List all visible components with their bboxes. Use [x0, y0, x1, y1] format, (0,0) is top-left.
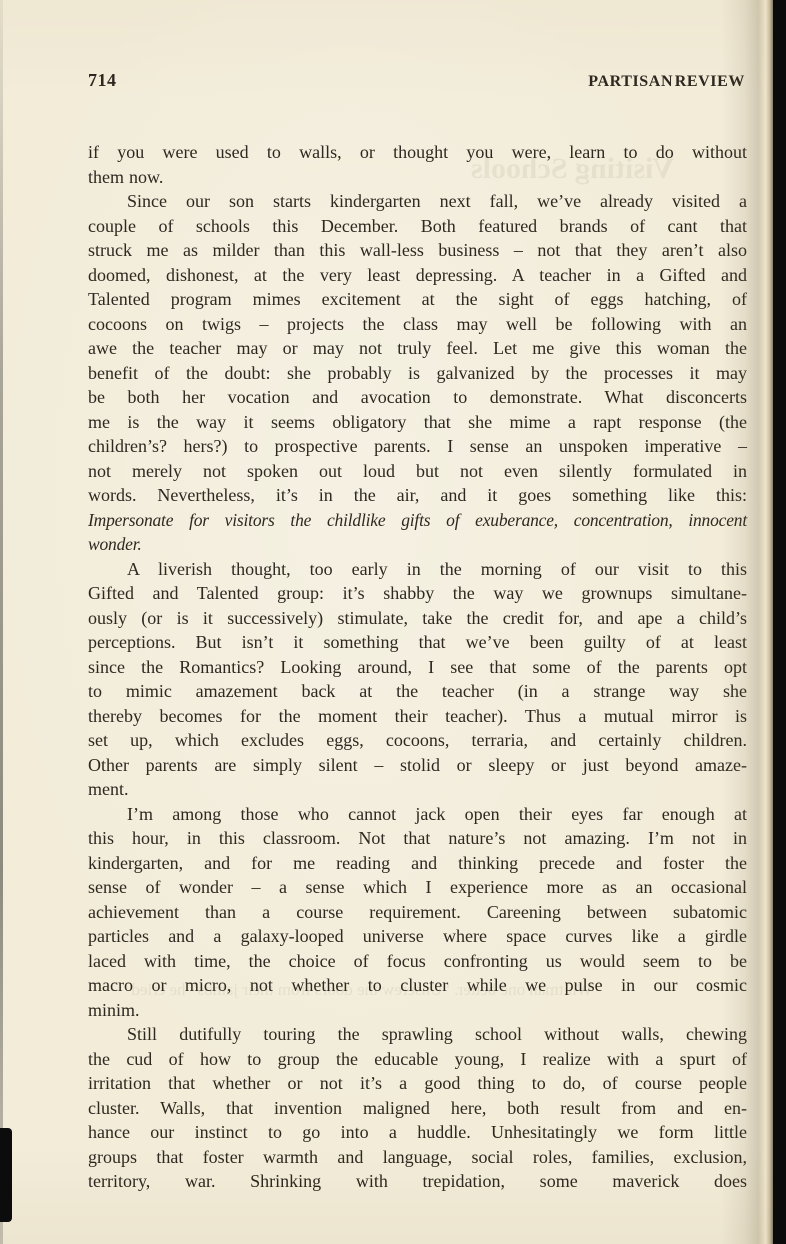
- text-line: kindergarten, and for me reading and thi…: [88, 851, 747, 876]
- text-line: if you were used to walls, or thought yo…: [88, 140, 747, 165]
- text-line: macro or micro, not whether to cluster w…: [88, 973, 747, 998]
- text-line: struck me as milder than this wall-less …: [88, 238, 747, 263]
- scan-edge-corner-patch: [0, 1128, 12, 1222]
- text-line: ously (or is it successively) stimulate,…: [88, 606, 747, 631]
- text-line: Since our son starts kindergarten next f…: [88, 189, 747, 214]
- text-line: I’m among those who cannot jack open the…: [88, 802, 747, 827]
- text-line: minim.: [88, 998, 747, 1023]
- text-line: doomed, dishonest, at the very least dep…: [88, 263, 747, 288]
- text-line: particles and a galaxy-looped universe w…: [88, 924, 747, 949]
- text-line: since the Romantics? Looking around, I s…: [88, 655, 747, 680]
- text-line: wonder.: [88, 532, 747, 557]
- text-line: children’s? hers?) to prospective parent…: [88, 434, 747, 459]
- text-line: thereby becomes for the moment their tea…: [88, 704, 747, 729]
- text-line: words. Nevertheless, it’s in the air, an…: [88, 483, 747, 508]
- text-line: groups that foster warmth and language, …: [88, 1145, 747, 1170]
- text-line: awe the teacher may or may not truly fee…: [88, 336, 747, 361]
- text-line: Talented program mimes excitement at the…: [88, 287, 747, 312]
- text-line: cluster. Walls, that invention maligned …: [88, 1096, 747, 1121]
- text-line: to mimic amazement back at the teacher (…: [88, 679, 747, 704]
- text-line: Still dutifully touring the sprawling sc…: [88, 1022, 747, 1047]
- text-line: A liverish thought, too early in the mor…: [88, 557, 747, 582]
- text-line: laced with time, the choice of focus con…: [88, 949, 747, 974]
- scan-edge-right: [773, 0, 786, 1244]
- text-line: Other parents are simply silent – stolid…: [88, 753, 747, 778]
- text-line: irritation that whether or not it’s a go…: [88, 1071, 747, 1096]
- page-header: 714 PARTISAN REVIEW: [88, 70, 745, 91]
- text-line: me is the way it seems obligatory that s…: [88, 410, 747, 435]
- text-line: couple of schools this December. Both fe…: [88, 214, 747, 239]
- page-body: if you were used to walls, or thought yo…: [88, 140, 747, 1194]
- page-number: 714: [88, 70, 117, 91]
- text-line: this hour, in this classroom. Not that n…: [88, 826, 747, 851]
- text-line: be both her vocation and avocation to de…: [88, 385, 747, 410]
- text-line: Gifted and Talented group: it’s shabby t…: [88, 581, 747, 606]
- scan-edge-left: [0, 0, 3, 1244]
- text-line: hance our instinct to go into a huddle. …: [88, 1120, 747, 1145]
- scanned-page: Visiting Schools Whitman one better. “Un…: [0, 0, 786, 1244]
- text-line: cocoons on twigs – projects the class ma…: [88, 312, 747, 337]
- text-line: ment.: [88, 777, 747, 802]
- text-line: territory, war. Shrinking with trepidati…: [88, 1169, 747, 1194]
- text-line: set up, which excludes eggs, cocoons, te…: [88, 728, 747, 753]
- text-line: perceptions. But isn’t it something that…: [88, 630, 747, 655]
- text-line: achievement than a course requirement. C…: [88, 900, 747, 925]
- text-line: sense of wonder – a sense which I experi…: [88, 875, 747, 900]
- text-line: not merely not spoken out loud but not e…: [88, 459, 747, 484]
- text-line: them now.: [88, 165, 747, 190]
- page-curl-shadow: [721, 0, 773, 1244]
- text-line: Impersonate for visitors the childlike g…: [88, 508, 747, 533]
- text-line: the cud of how to group the educable you…: [88, 1047, 747, 1072]
- text-line: benefit of the doubt: she probably is ga…: [88, 361, 747, 386]
